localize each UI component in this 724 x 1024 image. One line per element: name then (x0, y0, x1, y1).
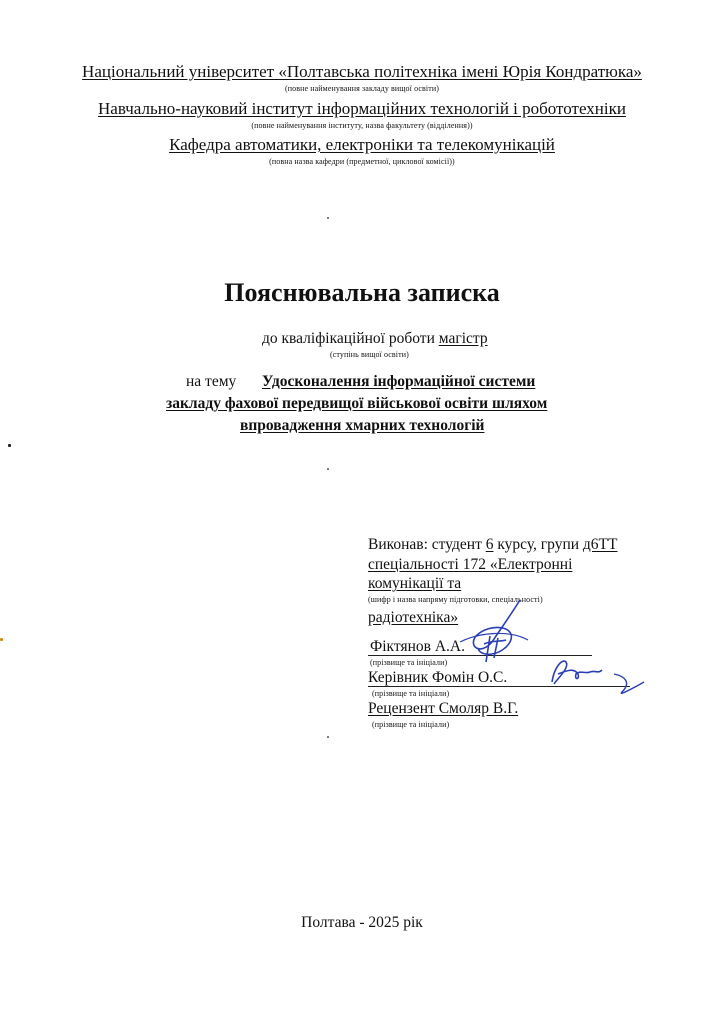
work-type: до кваліфікаційної роботи магістр (262, 330, 488, 348)
institute-caption: (повне найменування інституту, назва фак… (0, 121, 724, 130)
department-caption: (повна назва кафедри (предметної, циклов… (0, 157, 724, 166)
supervisor-caption: (прізвище та ініціали) (372, 689, 449, 698)
city-year: Полтава - 2025 рік (0, 914, 724, 932)
document-title: Пояснювальна записка (0, 278, 724, 308)
scan-speck (0, 638, 3, 641)
specialty-line-2: комунікації та (368, 575, 461, 593)
scan-speck (8, 444, 11, 447)
institute-name: Навчально-науковий інститут інформаційни… (0, 99, 724, 119)
scan-speck (327, 217, 329, 219)
reviewer-caption: (прізвище та ініціали) (372, 720, 449, 729)
degree: магістр (439, 330, 488, 347)
group-name: д6ТТ (583, 536, 618, 553)
theme-line-3: впровадження хмарних технологій (240, 417, 484, 435)
scan-speck (327, 736, 329, 738)
theme-line-1: Удосконалення інформаційної системи (262, 373, 535, 391)
specialty-line-1: спеціальності 172 «Електронні (368, 556, 572, 574)
reviewer-name: Рецензент Смоляр В.Г. (368, 700, 518, 718)
university-name: Національний університет «Полтавська пол… (0, 62, 724, 82)
degree-caption: (ступінь вищої освіти) (330, 350, 409, 359)
student-signature-icon (440, 596, 540, 666)
scan-speck (327, 468, 329, 470)
department-name: Кафедра автоматики, електроніки та телек… (0, 135, 724, 155)
theme-label: на тему (186, 373, 236, 391)
performed-by: Виконав: студент 6 курсу, групи д6ТТ (368, 536, 618, 554)
course-number: 6 (486, 536, 494, 553)
supervisor-name: Керівник Фомін О.С. (368, 669, 507, 687)
theme-line-2: закладу фахової передвищої військової ос… (166, 395, 547, 413)
university-caption: (повне найменування закладу вищої освіти… (0, 84, 724, 93)
student-caption: (прізвище та ініціали) (370, 658, 447, 667)
supervisor-signature-icon (540, 650, 650, 700)
